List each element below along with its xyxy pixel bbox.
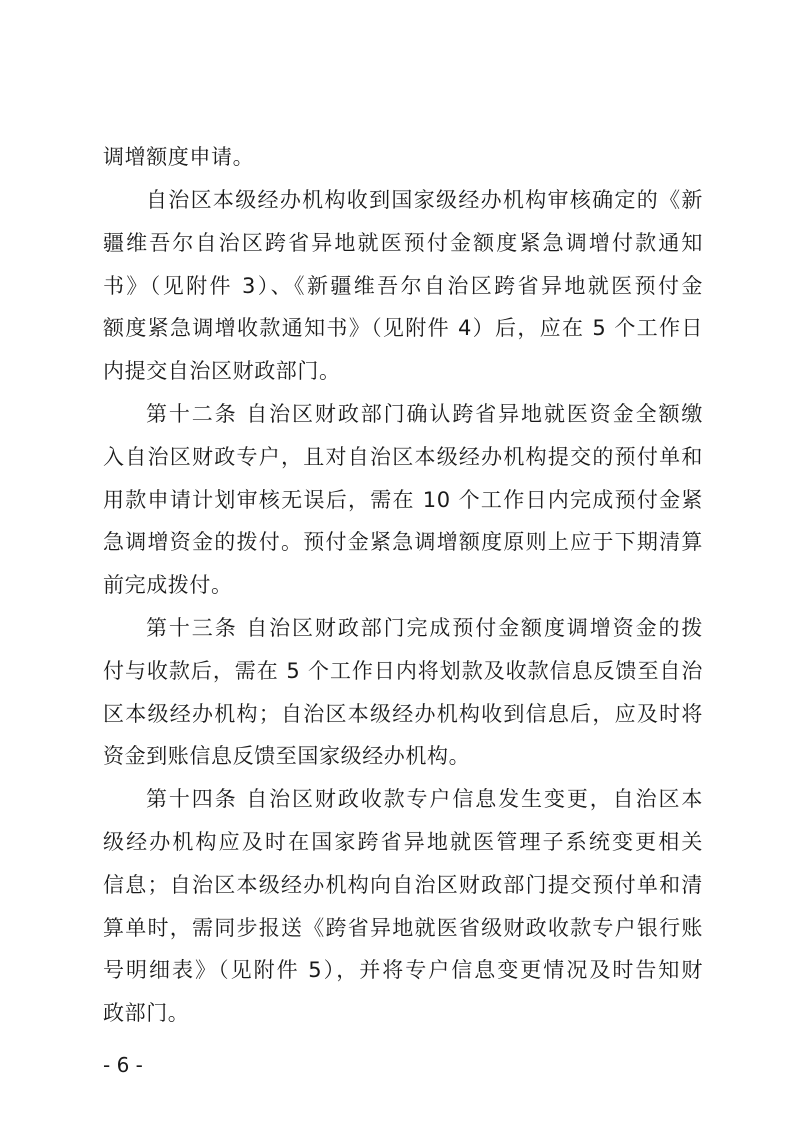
text-line: 资金到账信息反馈至国家级经办机构。 (103, 741, 703, 771)
text-line: 额度紧急调增收款通知书》（见附件 4）后，应在 5 个工作日 (103, 313, 703, 343)
text-line: 区本级经办机构；自治区本级经办机构收到信息后，应及时将 (103, 699, 703, 729)
text-line: 第十三条 自治区财政部门完成预付金额度调增资金的拨 (146, 613, 703, 643)
text-line: 信息；自治区本级经办机构向自治区财政部门提交预付单和清 (103, 870, 703, 900)
text-line: 用款申请计划审核无误后，需在 10 个工作日内完成预付金紧 (103, 485, 703, 515)
text-line: 级经办机构应及时在国家跨省异地就医管理子系统变更相关 (103, 827, 703, 857)
text-line: 调增额度申请。 (103, 142, 703, 172)
text-line: 内提交自治区财政部门。 (103, 356, 703, 386)
text-line: 前完成拨付。 (103, 570, 703, 600)
text-line: 疆维吾尔自治区跨省异地就医预付金额度紧急调增付款通知 (103, 228, 703, 258)
document-page: 调增额度申请。 自治区本级经办机构收到国家级经办机构审核确定的《新 疆维吾尔自治… (0, 0, 793, 1122)
text-line: 急调增资金的拨付。预付金紧急调增额度原则上应于下期清算 (103, 527, 703, 557)
text-line: 付与收款后，需在 5 个工作日内将划款及收款信息反馈至自治 (103, 656, 703, 686)
text-line: 号明细表》（见附件 5），并将专户信息变更情况及时告知财 (103, 955, 703, 985)
text-line: 第十四条 自治区财政收款专户信息发生变更，自治区本 (146, 784, 703, 814)
text-line: 自治区本级经办机构收到国家级经办机构审核确定的《新 (146, 185, 703, 215)
text-line: 算单时，需同步报送《跨省异地就医省级财政收款专户银行账 (103, 913, 703, 943)
text-line: 入自治区财政专户，且对自治区本级经办机构提交的预付单和 (103, 442, 703, 472)
text-line: 政部门。 (103, 998, 703, 1028)
page-number: - 6 - (103, 1052, 143, 1078)
text-line: 第十二条 自治区财政部门确认跨省异地就医资金全额缴 (146, 399, 703, 429)
text-line: 书》（见附件 3）、《新疆维吾尔自治区跨省异地就医预付金 (103, 271, 703, 301)
